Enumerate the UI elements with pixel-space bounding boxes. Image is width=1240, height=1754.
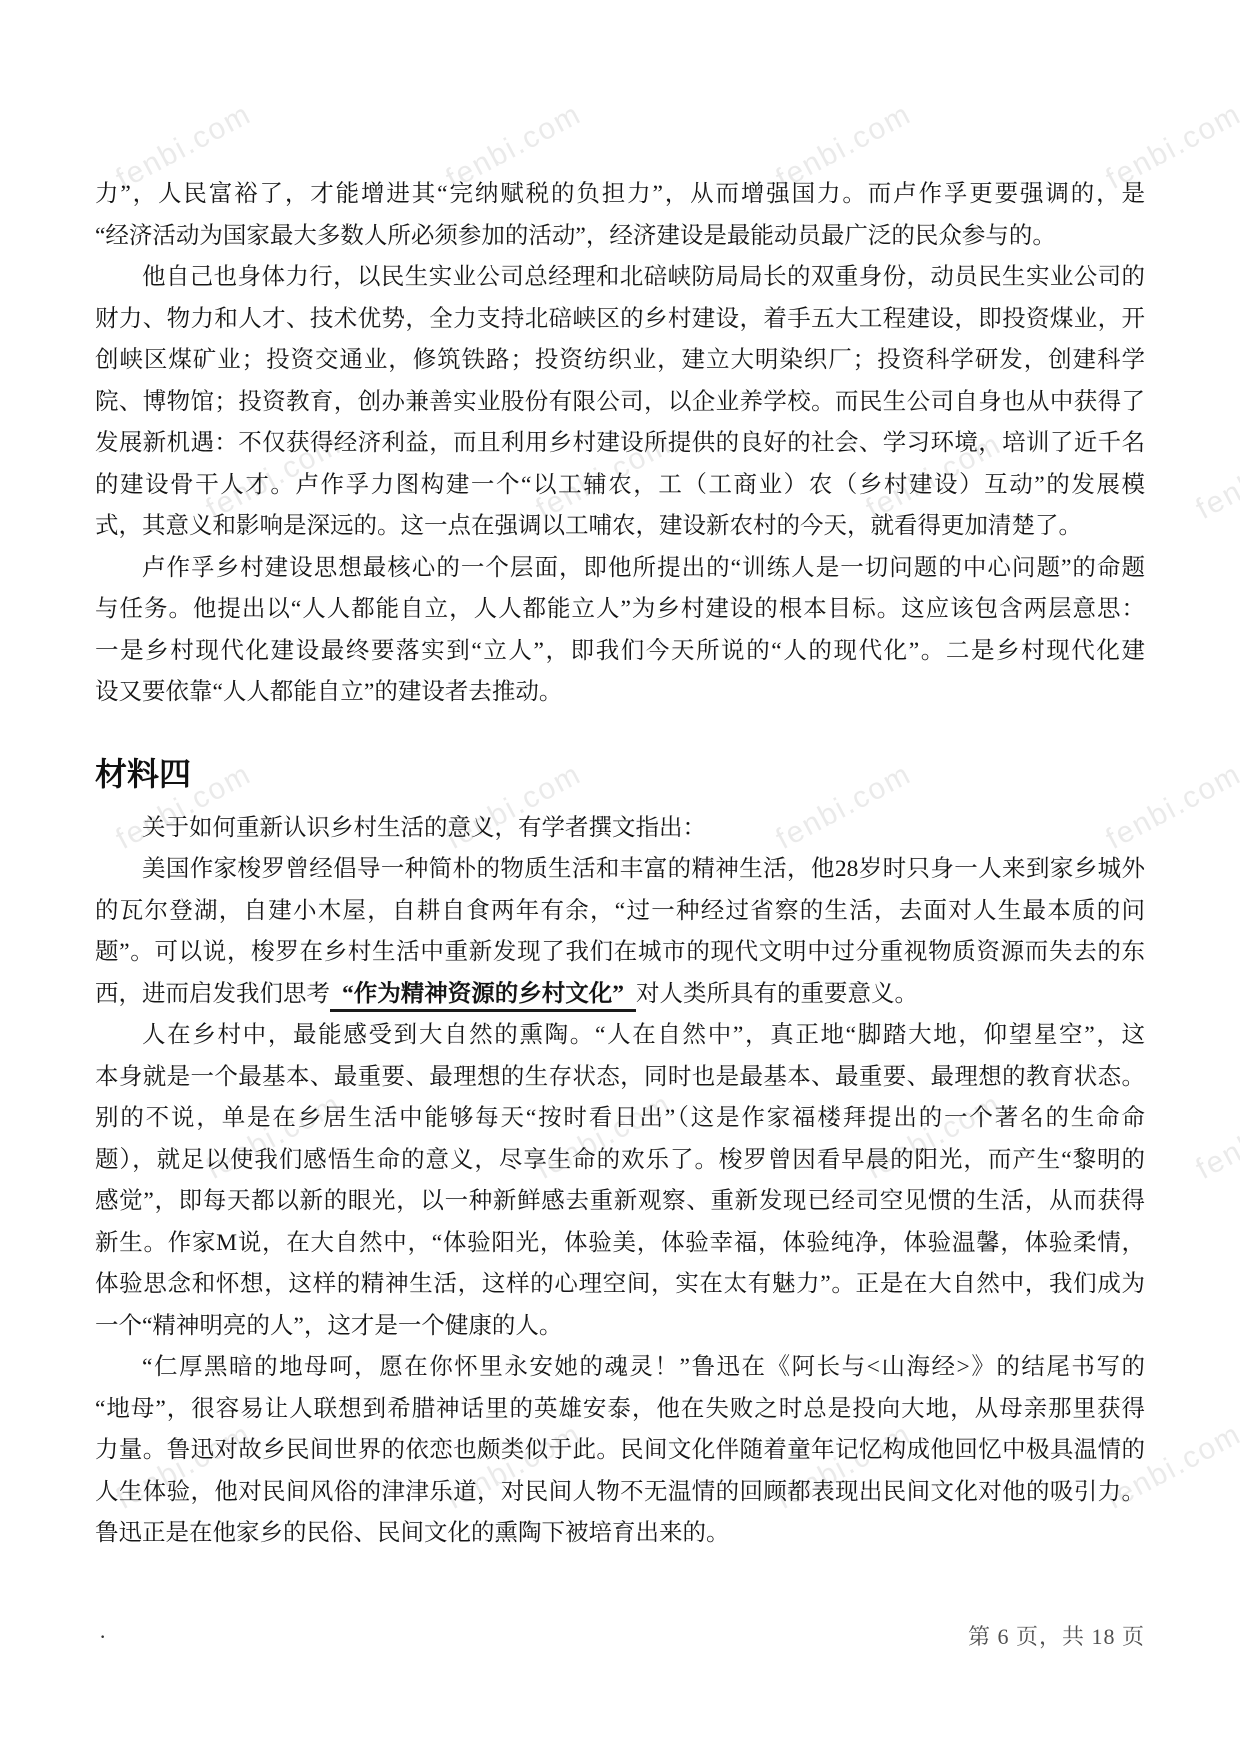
text-line: 发展新机遇：不仅获得经济利益，而且利用乡村建设所提供的良好的社会、学习环境，培训… <box>95 423 1145 465</box>
paragraph: 力”，人民富裕了，才能增进其“完纳赋税的负担力”，从而增强国力。而卢作孚更要强调… <box>95 174 1145 257</box>
text-line: “经济活动为国家最大多数人所必须参加的活动”，经济建设是最能动员最广泛的民众参与… <box>95 216 1145 258</box>
text-line: 的瓦尔登湖，自建小木屋，自耕自食两年有余，“过一种经过省察的生活，去面对人生最本… <box>95 891 1145 933</box>
text-line: 式，其意义和影响是深远的。这一点在强调以工哺农，建设新农村的今天，就看得更加清楚… <box>95 506 1145 548</box>
text-line: 卢作孚乡村建设思想最核心的一个层面，即他所提出的“训练人是一切问题的中心问题”的… <box>95 548 1145 590</box>
text-line: 与任务。他提出以“人人都能自立，人人都能立人”为乡村建设的根本目标。这应该包含两… <box>95 589 1145 631</box>
text-line: 鲁迅正是在他家乡的民俗、民间文化的熏陶下被培育出来的。 <box>95 1513 1145 1555</box>
paragraph: 卢作孚乡村建设思想最核心的一个层面，即他所提出的“训练人是一切问题的中心问题”的… <box>95 548 1145 714</box>
paragraph: 人在乡村中，最能感受到大自然的熏陶。“人在自然中”，真正地“脚踏大地，仰望星空”… <box>95 1015 1145 1347</box>
watermark-text: fenbi.com <box>1191 1087 1240 1187</box>
text-line: 财力、物力和人才、技术优势，全力支持北碚峡区的乡村建设，着手五大工程建设，即投资… <box>95 299 1145 341</box>
text-line: 力”，人民富裕了，才能增进其“完纳赋税的负担力”，从而增强国力。而卢作孚更要强调… <box>95 174 1145 216</box>
text-line: 院、博物馆；投资教育，创办兼善实业股份有限公司，以企业养学校。而民生公司自身也从… <box>95 382 1145 424</box>
text-line: 题”。可以说，梭罗在乡村生活中重新发现了我们在城市的现代文明中过分重视物质资源而… <box>95 932 1145 974</box>
text-line: 感觉”，即每天都以新的眼光，以一种新鲜感去重新观察、重新发现已经司空见惯的生活，… <box>95 1181 1145 1223</box>
text-line: 西，进而启发我们思考“作为精神资源的乡村文化”对人类所具有的重要意义。 <box>95 974 1145 1016</box>
paragraph: 美国作家梭罗曾经倡导一种简朴的物质生活和丰富的精神生活，他28岁时只身一人来到家… <box>95 849 1145 1015</box>
text-line: 人生体验，他对民间风俗的津津乐道，对民间人物不无温情的回顾都表现出民间文化对他的… <box>95 1472 1145 1514</box>
text-line: 题），就足以使我们感悟生命的意义，尽享生命的欢乐了。梭罗曾因看早晨的阳光，而产生… <box>95 1140 1145 1182</box>
paragraph: 他自己也身体力行，以民生实业公司总经理和北碚峡防局局长的双重身份，动员民生实业公… <box>95 257 1145 548</box>
page-number-indicator: 第 6 页，共 18 页 <box>968 1620 1145 1651</box>
text-line: 人在乡村中，最能感受到大自然的熏陶。“人在自然中”，真正地“脚踏大地，仰望星空”… <box>95 1015 1145 1057</box>
paragraph: “仁厚黑暗的地母呵，愿在你怀里永安她的魂灵！”鲁迅在《阿长与<山海经>》的结尾书… <box>95 1347 1145 1555</box>
paragraph: 关于如何重新认识乡村生活的意义，有学者撰文指出： <box>95 808 1145 850</box>
text-line: 新生。作家M说，在大自然中，“体验阳光，体验美，体验幸福，体验纯净，体验温馨，体… <box>95 1223 1145 1265</box>
text-line: 一是乡村现代化建设最终要落实到“立人”，即我们今天所说的“人的现代化”。二是乡村… <box>95 631 1145 673</box>
document-content: 力”，人民富裕了，才能增进其“完纳赋税的负担力”，从而增强国力。而卢作孚更要强调… <box>95 174 1145 1555</box>
underlined-phrase: “作为精神资源的乡村文化” <box>330 981 636 1012</box>
section-heading: 材料四 <box>95 751 1145 797</box>
text-line: 他自己也身体力行，以民生实业公司总经理和北碚峡防局局长的双重身份，动员民生实业公… <box>95 257 1145 299</box>
text-line: 创峡区煤矿业；投资交通业，修筑铁路；投资纺织业，建立大明染织厂；投资科学研发，创… <box>95 340 1145 382</box>
page-footer: · 第 6 页，共 18 页 <box>95 1618 1145 1654</box>
document-page: fenbi.comfenbi.comfenbi.comfenbi.comfenb… <box>0 0 1240 1754</box>
footer-dot: · <box>99 1624 106 1650</box>
text-line: “仁厚黑暗的地母呵，愿在你怀里永安她的魂灵！”鲁迅在《阿长与<山海经>》的结尾书… <box>95 1347 1145 1389</box>
text-line: 一个“精神明亮的人”，这才是一个健康的人。 <box>95 1306 1145 1348</box>
text-segment: 对人类所具有的重要意义。 <box>636 981 918 1007</box>
text-line: 设又要依靠“人人都能自立”的建设者去推动。 <box>95 672 1145 714</box>
watermark-text: fenbi.com <box>1191 427 1240 527</box>
text-line: 本身就是一个最基本、最重要、最理想的生存状态，同时也是最基本、最重要、最理想的教… <box>95 1057 1145 1099</box>
text-line: 体验思念和怀想，这样的精神生活，这样的心理空间，实在太有魅力”。正是在大自然中，… <box>95 1264 1145 1306</box>
text-segment: 西，进而启发我们思考 <box>95 981 330 1007</box>
text-line: 的建设骨干人才。卢作孚力图构建一个“以工辅农，工（工商业）农（乡村建设）互动”的… <box>95 465 1145 507</box>
text-line: 关于如何重新认识乡村生活的意义，有学者撰文指出： <box>95 808 1145 850</box>
text-line: “地母”，很容易让人联想到希腊神话里的英雄安泰，他在失败之时总是投向大地，从母亲… <box>95 1389 1145 1431</box>
text-line: 力量。鲁迅对故乡民间世界的依恋也颇类似于此。民间文化伴随着童年记忆构成他回忆中极… <box>95 1430 1145 1472</box>
text-line: 别的不说，单是在乡居生活中能够每天“按时看日出”（这是作家福楼拜提出的一个著名的… <box>95 1098 1145 1140</box>
text-line: 美国作家梭罗曾经倡导一种简朴的物质生活和丰富的精神生活，他28岁时只身一人来到家… <box>95 849 1145 891</box>
